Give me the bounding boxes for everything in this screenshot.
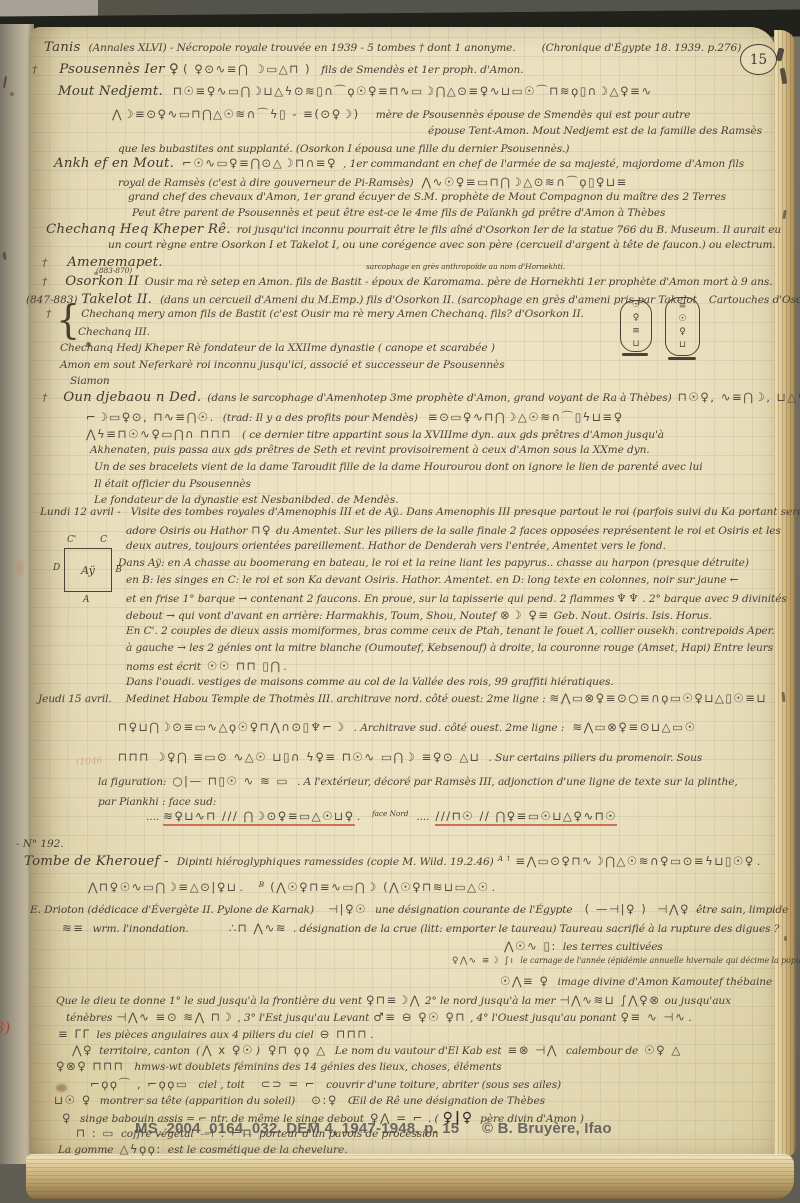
handwritten-text: ....	[146, 811, 159, 823]
hieroglyph-run: ⊙:♀	[311, 1093, 338, 1107]
hieroglyph-run: ( ♀⊙∿≡⋂ ☽▭△⊓ )	[183, 62, 311, 76]
handwritten-text: Œil de Rê une désignation de Thèbes	[348, 1095, 545, 1107]
handwritten-text: Jeudi 15 avril.	[38, 693, 112, 705]
hieroglyph-run: ≡ ΓΓ	[58, 1027, 90, 1041]
handwritten-text: du Amentet. Sur les piliers de la salle …	[276, 525, 781, 537]
hieroglyph-run: ♀⋀∿ ≡☽ ∫ı	[452, 956, 514, 966]
handwritten-text: être sain, limpide	[696, 904, 788, 916]
handwritten-text: épouse Tent-Amon. Mout Nedjemt est de la…	[428, 125, 762, 137]
handwritten-text: les pièces angulaires aux 4 piliers du c…	[96, 1029, 313, 1041]
hieroglyph-run: ⊣|♀☉	[328, 902, 367, 916]
manuscript-line: ⊓♀⊔⋂☽⊙≡▭∿△ϙ☉♀⊓⋀∩⊙▯♆⌐☽. Architrave sud. c…	[118, 720, 697, 734]
handwritten-text: Chechanq III.	[78, 326, 150, 338]
manuscript-line: ⋀☽≡⊙♀∿▭⊓⋂△☉≋∩⌒ϟ▯ - ≡(⊙♀☽)mère de Psousen…	[112, 106, 690, 122]
hieroglyph-run: ♀⊓ ϙϙ △	[268, 1043, 327, 1057]
manuscript-line: †Oun djebaou n Ded.(dans le sarcophage d…	[42, 390, 800, 405]
manuscript-line: debout → qui vont d'avant en arrière: Ha…	[126, 608, 712, 622]
handwritten-text: une désignation courante de l'Égypte	[375, 904, 572, 916]
hieroglyph-run: ⋀☉∿ ▯:	[504, 939, 557, 953]
manuscript-line: ☉⋀≡ ♀image divine d'Amon Kamoutef thébai…	[500, 974, 772, 988]
handwritten-text: Le fondateur de la dynastie est Nesbanib…	[94, 494, 398, 506]
handwritten-text: noms est écrit	[126, 661, 201, 673]
handwritten-text: Chechanq mery amon fils de Bastit (c'est…	[81, 308, 584, 320]
cartouche-osorkon-2: ≡☉♀⊔	[665, 297, 700, 356]
hieroglyph-run: ⌐☽▭♀⊙, ⊓∿≡⋂☉.	[86, 410, 215, 424]
handwritten-text: . désignation de la crue (litt: emporter…	[293, 923, 779, 935]
manuscript-line: Peut être parent de Psousennès et peut ê…	[132, 207, 665, 219]
handwritten-text: .	[370, 1029, 373, 1041]
hieroglyph-run: ⊓☉≡♀∿▭⋂☽⊔△ϟ⊙≋▯∩⌒ϙ☉♀≡⊓∿▭☽⋂△⊙≡♀∿⊔▭☉⌒⊓≋ϙ▯∩☽…	[173, 83, 653, 99]
handwritten-text: .	[357, 811, 360, 823]
hieroglyph-run: (⋀☉♀⊓≡∿▭⋂☽ (⋀☉♀⊓≋⊔▭△☉	[270, 880, 489, 894]
handwritten-text: †	[42, 276, 47, 288]
manuscript-line: ⊓⊓⊓ ☽♀⋂ ≡▭⊙ ∿△☉ ⊔▯∩ ϟ♀≡ ⊓☉∿ ▭⋂☽ ≡♀⊙ △⊔. …	[118, 750, 702, 764]
handwritten-text: le carnage de l'année (épidémie annuelle…	[520, 956, 800, 965]
manuscript-line: ⋀♀territoire, canton(⋀ x ♀☉)♀⊓ ϙϙ △Le no…	[72, 1043, 682, 1057]
handwritten-text: sarcophage en grès anthropoïde au nom d'…	[366, 262, 565, 271]
hieroglyph-run: ⌐☉∿▭♀≡⋂⊙△☽⊓∩≡♀	[182, 156, 337, 170]
manuscript-line: E. Drioton (dédicace d'Évergète II. Pylo…	[30, 902, 788, 916]
manuscript-line: deux autres, toujours orientées pareille…	[126, 540, 666, 552]
manuscript-line: Chechanq Hedj Kheper Rè fondateur de la …	[60, 342, 495, 354]
handwritten-text: Le nom du vautour d'El Kab est	[335, 1045, 502, 1057]
handwritten-text: Il était officier du Psousennès	[94, 478, 251, 490]
handwritten-text: La gomme	[58, 1144, 113, 1156]
manuscript-line: Dans l'ouadi. vestiges de maisons comme …	[126, 676, 614, 688]
manuscript-line: - N° 192.	[16, 838, 64, 850]
manuscript-line: Amon em sout Neferkarè roi inconnu jusqu…	[60, 359, 505, 371]
handwritten-text: fils de Smendès et 1er proph. d'Amon.	[321, 64, 523, 76]
handwritten-text: Lundi 12 avril -	[40, 506, 121, 518]
manuscript-line: la figuration:○|— ⊓▯☉ ∿ ≋ ▭. A l'extérie…	[98, 774, 738, 788]
cartouche-base	[668, 357, 696, 360]
manuscript-line: ⊔☉ ♀montrer sa tête (apparition du solei…	[54, 1093, 545, 1107]
handwritten-text: B	[259, 880, 264, 889]
hieroglyph-run: ⊔☉ ♀	[54, 1093, 92, 1107]
handwritten-text: - N° 192.	[16, 838, 64, 850]
manuscript-line: ♀⋀∿ ≡☽ ∫ıle carnage de l'année (épidémie…	[452, 956, 800, 966]
manuscript-line: que les bubastites ont supplanté. (Osork…	[118, 143, 569, 155]
handwritten-text: †	[46, 308, 51, 320]
handwritten-text: territoire, canton	[99, 1045, 190, 1057]
hieroglyph-run: ( —⊣|♀ )	[585, 902, 648, 916]
handwritten-text: Geb. Nout. Osiris. Isis. Horus.	[554, 610, 712, 622]
handwritten-text: Chechanq Heq Kheper Rê.	[46, 222, 231, 237]
handwritten-text: mère de Psousennès épouse de Smendès qui…	[376, 109, 691, 121]
handwritten-text: face Nord	[372, 809, 408, 818]
hieroglyph-run: ≋⋀▭⊗♀≡⊙⊔△▭☉	[572, 720, 696, 734]
watermark-id: MS_2004_0164_032. DEM 4, 1947-1948, p. 1…	[135, 1120, 459, 1137]
cartouche-osorkon-1: ☉♀≡⊔	[620, 300, 652, 352]
hieroglyph-run: ☉⋀≡ ♀	[500, 974, 550, 988]
handwritten-text: wrm. l'inondation.	[93, 923, 189, 935]
manuscript-line: un court règne entre Osorkon I et Takelo…	[108, 239, 776, 251]
manuscript-line: Siamon	[70, 375, 110, 387]
handwritten-text: 2° le nord jusqu'à la mer	[425, 995, 556, 1007]
diagram-label-c: C	[100, 535, 107, 545]
handwritten-text: Dans Aÿ: en A chasse au boomerang en bat…	[118, 557, 749, 569]
hieroglyph-run: ♂≡ ⊖ ♀☉ ♀⊓	[373, 1010, 466, 1024]
manuscript-line: ≡ ΓΓles pièces angulaires aux 4 piliers …	[58, 1027, 373, 1041]
manuscript-line: †Psousennès Ier ♀( ♀⊙∿≡⋂ ☽▭△⊓ )fils de S…	[32, 62, 523, 77]
handwritten-text: Que le dieu te donne 1° le sud jusqu'à l…	[56, 995, 362, 1007]
handwritten-text: grand chef des chevaux d'Amon, 1er grand…	[128, 191, 726, 203]
manuscript-line: Que le dieu te donne 1° le sud jusqu'à l…	[56, 993, 731, 1007]
hieroglyph-run: ⊣⋀∿≋⊔ ∫⋀♀⊗	[559, 993, 660, 1007]
manuscript-line: Dans Aÿ: en A chasse au boomerang en bat…	[118, 557, 749, 569]
hieroglyph-run: ⋀⊓♀☉∿▭⋂☽≡△⊙|♀⊔	[88, 880, 238, 894]
hieroglyph-run: ≡⋀▭⊙♀⊓∿☽⋂△☉≋∩♀▭⊙≡ϟ⊔▯☉♀	[515, 854, 755, 868]
handwritten-text: est le cosmétique de la chevelure.	[168, 1144, 348, 1156]
manuscript-line: Chechanq Heq Kheper Rê.roi jusqu'ici inc…	[46, 222, 781, 237]
handwritten-text: , 3° l'Est jusqu'au Levant	[237, 1012, 369, 1024]
manuscript-line: ténèbres⊣⋀∿ ≡⊙ ≋⋀ ⊓☽, 3° l'Est jusqu'au …	[66, 1010, 692, 1024]
manuscript-line: à gauche → les 2 génies ont la mitre bla…	[126, 642, 773, 654]
handwritten-text: †	[42, 257, 47, 269]
cartouche-base	[622, 353, 648, 356]
manuscript-line: Tombe de Kherouef -Dipinti hiéroglyphiqu…	[24, 854, 760, 869]
handwritten-text: calembour de	[566, 1045, 638, 1057]
manuscript-line: Chechanq III.	[78, 326, 150, 338]
manuscript-line: grand chef des chevaux d'Amon, 1er grand…	[128, 191, 726, 203]
manuscript-line: Mout Nedjemt.⊓☉≡♀∿▭⋂☽⊔△ϟ⊙≋▯∩⌒ϙ☉♀≡⊓∿▭☽⋂△⊙…	[58, 83, 653, 99]
diagram-label-b: B	[115, 565, 122, 575]
hieroglyph-run: ⊓ : ▭	[76, 1126, 115, 1140]
handwritten-text: Tombe de Kherouef -	[24, 854, 169, 869]
cartouche-glyphs: ≡☉♀⊔	[678, 301, 688, 353]
handwritten-text: Akhenaten, puis passa aux gds prêtres de…	[90, 444, 650, 456]
manuscript-line: en B: les singes en C: le roi et son Ka …	[126, 574, 739, 586]
manuscript-line: et en frise 1° barque → contenant 2 fauc…	[126, 591, 787, 605]
diagram-label-c-prime: C'	[67, 535, 76, 545]
handwritten-text: (	[196, 1045, 200, 1057]
handwritten-text: .	[688, 1012, 691, 1024]
handwritten-text: Un de ses bracelets vient de la dame Tar…	[94, 461, 702, 473]
handwritten-text: deux autres, toujours orientées pareille…	[126, 540, 666, 552]
handwritten-text: debout → qui vont d'avant en arrière: Ha…	[126, 610, 496, 622]
red-margin-note: 3)	[0, 1019, 10, 1037]
manuscript-line: adore Osiris ou Hathor⊓♀du Amentet. Sur …	[126, 523, 781, 537]
handwritten-text: à gauche → les 2 génies ont la mitre bla…	[126, 642, 773, 654]
handwritten-text: par Piankhi : face sud:	[98, 796, 216, 808]
handwritten-text: , 4° l'Ouest jusqu'au ponant	[470, 1012, 616, 1024]
hieroglyph-run: ⋀ x ♀☉	[202, 1043, 254, 1057]
diagram-center-label: Aÿ	[81, 564, 95, 577]
hieroglyph-run: ⌐ϙϙ⌒ , ⌐ϙϙ▭	[90, 1076, 188, 1092]
hieroglyph-run: ≋⋀▭⊗♀≡⊙○≡∩ϙ▭☉♀⊔△▯☉≡⊔	[550, 691, 768, 705]
handwritten-text: Medinet Habou Temple de Thotmès III. arc…	[126, 693, 546, 705]
manuscript-line: Jeudi 15 avril.Medinet Habou Temple de T…	[38, 691, 767, 705]
cartouche-glyphs: ☉♀≡⊔	[631, 300, 641, 352]
hieroglyph-run: ♀⊗♀ ⊓⊓⊓	[56, 1059, 124, 1073]
handwritten-text: ténèbres	[66, 1012, 112, 1024]
handwritten-text: Cartouches d'Osorkon II	[709, 294, 800, 306]
handwritten-text: Takelot II.	[81, 292, 152, 307]
hieroglyph-run: ☉♀ △	[644, 1043, 682, 1057]
handwritten-text: (dans un cercueil d'Ameni du M.Emp.) fil…	[160, 294, 697, 306]
handwritten-text: A ↑	[498, 854, 512, 863]
handwritten-text: (Annales XLVI) - Nécropole royale trouvé…	[89, 42, 516, 54]
handwritten-text: Dans l'ouadi. vestiges de maisons comme …	[126, 676, 614, 688]
manuscript-text-layer: Tanis(Annales XLVI) - Nécropole royale t…	[0, 0, 800, 1203]
handwritten-text: †	[32, 64, 37, 76]
manuscript-line: †Osorkon IIOusir ma rè setep en Amon. fi…	[42, 274, 772, 289]
handwritten-text: Peut être parent de Psousennès et peut ê…	[132, 207, 665, 219]
hieroglyph-run: ♀⊓≡☽⋀	[366, 993, 421, 1007]
handwritten-text: .	[240, 882, 243, 894]
hieroglyph-run: ⋀∿☉♀≡▭⊓⋂☽△⊙≋∩⌒ϙ▯♀⊔≡	[422, 174, 628, 190]
hieroglyph-run: ⊣⋀♀	[657, 902, 690, 916]
manuscript-line: sarcophage en grès anthropoïde au nom d'…	[366, 262, 565, 271]
handwritten-text: Chechanq Hedj Kheper Rè fondateur de la …	[60, 342, 495, 354]
manuscript-line: †Chechanq mery amon fils de Bastit (c'es…	[46, 308, 584, 320]
handwritten-text: image divine d'Amon Kamoutef thébaine	[558, 976, 773, 988]
manuscript-line: Un de ses bracelets vient de la dame Tar…	[94, 461, 702, 473]
manuscript-line: ♀⊗♀ ⊓⊓⊓hmws-wt doublets féminins des 14 …	[56, 1059, 501, 1073]
manuscript-line: Il était officier du Psousennès	[94, 478, 251, 490]
hieroglyph-run: ⊖ ⊓⊓⊓	[320, 1027, 368, 1041]
handwritten-text: . 2° barque avec 9 divinités	[642, 593, 786, 605]
diagram-label-d: D	[53, 563, 60, 573]
manuscript-line: ⋀ϟ≡⊓☉∿♀▭⋂∩ ⊓⊓⊓( ce dernier titre apparti…	[86, 427, 664, 441]
handwritten-text: ou jusqu'aux	[664, 995, 731, 1007]
handwritten-text: royal de Ramsès (c'est à dire gouverneur…	[118, 177, 414, 189]
hieroglyph-run: ⊣⋀∿ ≡⊙ ≋⋀ ⊓☽	[116, 1010, 233, 1024]
handwritten-text: (dans le sarcophage d'Amenhotep 3me prop…	[207, 392, 671, 404]
hieroglyph-run: ♀	[62, 1111, 72, 1125]
manuscript-line: noms est écrit☉☉ ⊓⊓ ▯⋂.	[126, 659, 287, 673]
handwritten-text: .	[283, 661, 286, 673]
handwritten-text: Visite des tombes royales d'Amenophis II…	[131, 506, 800, 518]
handwritten-text: Ankh ef en Mout.	[54, 156, 174, 171]
hieroglyph-run: ⊂⊃ = ⌐	[261, 1077, 316, 1091]
handwritten-text: adore Osiris ou Hathor	[126, 525, 247, 537]
manuscript-line: Akhenaten, puis passa aux gds prêtres de…	[90, 444, 650, 456]
handwritten-text: ciel , toit	[198, 1079, 244, 1091]
manuscript-line: royal de Ramsès (c'est à dire gouverneur…	[118, 174, 628, 190]
hieroglyph-run: ⋀ϟ≡⊓☉∿♀▭⋂∩ ⊓⊓⊓	[86, 427, 232, 441]
handwritten-text: ( ce dernier titre appartint sous la XVI…	[242, 429, 664, 441]
hieroglyph-run: ///⊓☉ // ⋂♀≡▭☉⊔△♀∿⊓☉	[435, 809, 617, 826]
handwritten-text: . A l'extérieur, décoré par Ramsès III, …	[297, 776, 738, 788]
handwritten-text: couvrir d'une toiture, abriter (sous ses…	[326, 1079, 561, 1091]
hieroglyph-run: ≡⊗ ⊣⋀	[508, 1043, 558, 1057]
hieroglyph-run: ⋀♀	[72, 1043, 93, 1057]
manuscript-line: Le fondateur de la dynastie est Nesbanib…	[94, 494, 398, 506]
ink-bleedthrough-note: (1046	[76, 756, 103, 768]
ay-tomb-plan-diagram: Aÿ C' C D B A	[64, 548, 112, 592]
handwritten-text: Mout Nedjemt.	[58, 84, 163, 99]
hieroglyph-run: ○|— ⊓▯☉ ∿ ≋ ▭	[172, 774, 289, 788]
hieroglyph-run: ♀≡ ∿ ⊣∿	[620, 1010, 686, 1024]
hieroglyph-run: ⊓☉♀, ∿≡⋂☽, ⊔△♀	[678, 390, 800, 404]
handwritten-text: ....	[416, 811, 429, 823]
hieroglyph-run: ⊓⊓⊓ ☽♀⋂ ≡▭⊙ ∿△☉ ⊔▯∩ ϟ♀≡ ⊓☉∿ ▭⋂☽ ≡♀⊙ △⊔	[118, 750, 480, 764]
manuscript-line: par Piankhi : face sud:	[98, 796, 216, 808]
manuscript-line: Tanis(Annales XLVI) - Nécropole royale t…	[44, 40, 741, 55]
handwritten-text: E. Drioton (dédicace d'Évergète II. Pylo…	[30, 904, 314, 916]
manuscript-line: ⌐☽▭♀⊙, ⊓∿≡⋂☉.(trad: Il y a des profits p…	[86, 409, 624, 425]
handwritten-text: Amon em sout Neferkarè roi inconnu jusqu…	[60, 359, 505, 371]
handwritten-text: Ousir ma rè setep en Amon. fils de Basti…	[145, 276, 773, 288]
handwritten-text: en B: les singes en C: le roi et son Ka …	[126, 574, 739, 586]
manuscript-line: ≋≡wrm. l'inondation.∴⊓ ⋀∿≋. désignation …	[62, 921, 779, 935]
hieroglyph-run: ⊓♀	[251, 523, 272, 537]
manuscript-line: En C'. 2 couples de dieux assis momiform…	[126, 625, 775, 637]
hieroglyph-run: ∴⊓ ⋀∿≋	[229, 921, 287, 935]
handwritten-text: Dipinti hiéroglyphiques ramessides (copi…	[177, 856, 494, 868]
curly-brace: {	[56, 297, 80, 343]
handwritten-text: En C'. 2 couples de dieux assis momiform…	[126, 625, 775, 637]
handwritten-text: .	[492, 882, 495, 894]
hieroglyph-run: ≋≡	[62, 921, 85, 935]
handwritten-text: Psousennès Ier ♀	[59, 62, 179, 77]
handwritten-text: un court règne entre Osorkon I et Takelo…	[108, 239, 776, 251]
hieroglyph-run: ≋♀⊔∿⊓ /// ⋂☽⊙♀≡▭△☉⊔♀	[163, 809, 355, 826]
handwritten-text: la figuration:	[98, 776, 166, 788]
manuscript-line: ⌐ϙϙ⌒ , ⌐ϙϙ▭ciel , toit⊂⊃ = ⌐couvrir d'un…	[90, 1076, 561, 1092]
handwritten-text: .	[757, 856, 760, 868]
manuscript-line: ⋀☉∿ ▯:les terres cultivées	[504, 939, 663, 953]
manuscript-line: Ankh ef en Mout.⌐☉∿▭♀≡⋂⊙△☽⊓∩≡♀, 1er comm…	[54, 156, 744, 171]
hieroglyph-run: ⊓♀⊔⋂☽⊙≡▭∿△ϙ☉♀⊓⋀∩⊙▯♆⌐☽	[118, 720, 346, 734]
hieroglyph-run: ⊗☽ ♀≡	[500, 608, 550, 622]
handwritten-text: Oun djebaou n Ded.	[63, 390, 201, 405]
hieroglyph-run: ≡⊙▭♀∿⊓⋂☽△☉≋∩⌒▯ϟ⊔≡♀	[428, 409, 624, 425]
handwritten-text: Tanis	[44, 40, 81, 55]
hieroglyph-run: ☉☉ ⊓⊓ ▯⋂	[207, 659, 281, 673]
hieroglyph-run: ♆♆	[616, 591, 640, 605]
manuscript-line: épouse Tent-Amon. Mout Nedjemt est de la…	[428, 125, 762, 137]
manuscript-line: ....≋♀⊔∿⊓ /// ⋂☽⊙♀≡▭△☉⊔♀.face Nord....//…	[146, 809, 617, 826]
handwritten-text: hmws-wt doublets féminins des 14 génies …	[134, 1061, 501, 1073]
handwritten-text: †	[42, 392, 47, 404]
manuscript-line: ⋀⊓♀☉∿▭⋂☽≡△⊙|♀⊔.B(⋀☉♀⊓≡∿▭⋂☽ (⋀☉♀⊓≋⊔▭△☉.	[88, 880, 495, 894]
handwritten-text: montrer sa tête (apparition du soleil)	[100, 1095, 295, 1107]
hieroglyph-run: ⋀☽≡⊙♀∿▭⊓⋂△☉≋∩⌒ϟ▯ - ≡(⊙♀☽)	[112, 106, 360, 122]
handwritten-text: Osorkon II	[65, 274, 139, 289]
handwritten-text: . Architrave sud. côté ouest. 2me ligne …	[354, 722, 565, 734]
handwritten-text: les terres cultivées	[563, 941, 663, 953]
manuscript-line: La gomme△ϟϙϙ:est le cosmétique de la che…	[58, 1142, 347, 1156]
watermark-credit: © B. Bruyère, Ifao	[482, 1120, 612, 1137]
handwritten-text: (trad: Il y a des profits pour Mendès)	[223, 412, 418, 424]
handwritten-text: Siamon	[70, 375, 110, 387]
scanned-notebook-photo: 15 Tanis(Annales XLVI) - Nécropole royal…	[0, 0, 800, 1203]
handwritten-text: (Chronique d'Égypte 18. 1939. p.276)	[542, 42, 742, 54]
handwritten-text: que les bubastites ont supplanté. (Osork…	[118, 143, 569, 155]
handwritten-text: )	[256, 1045, 260, 1057]
manuscript-line: Lundi 12 avril -Visite des tombes royale…	[40, 506, 800, 518]
handwritten-text: roi jusqu'ici inconnu pourrait être le f…	[237, 224, 781, 236]
hieroglyph-run: △ϟϙϙ:	[119, 1142, 161, 1156]
handwritten-text: , 1er commandant en chef de l'armée de s…	[343, 158, 744, 170]
diagram-label-a: A	[83, 595, 90, 605]
handwritten-text: . Sur certains piliers du promenoir. Sou…	[488, 752, 702, 764]
handwritten-text: et en frise 1° barque → contenant 2 fauc…	[126, 593, 614, 605]
